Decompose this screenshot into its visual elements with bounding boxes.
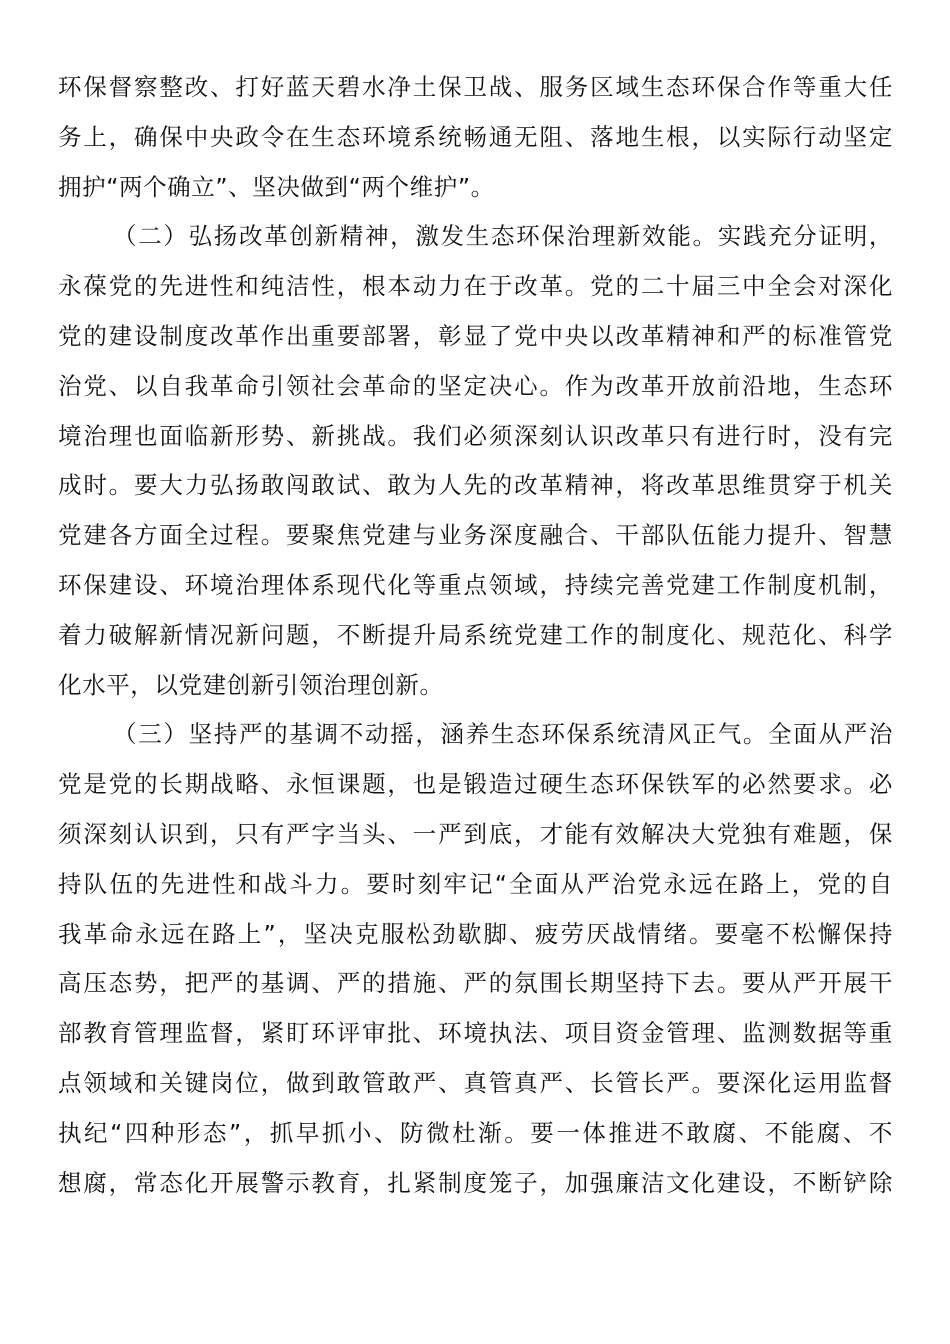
text-line: 党是党的长期战略、永恒课题，也是锻造过硬生态环保铁军的必然要求。必 xyxy=(58,760,893,810)
text-line: 持队伍的先进性和战斗力。要时刻牢记“全面从严治党永远在路上，党的自 xyxy=(58,860,893,910)
text-line: 境治理也面临新形势、新挑战。我们必须深刻认识改革只有进行时，没有完 xyxy=(58,412,893,462)
text-line: 化水平，以党建创新引领治理创新。 xyxy=(58,661,893,711)
text-line: 成时。要大力弘扬敢闯敢试、敢为人先的改革精神，将改革思维贯穿于机关 xyxy=(58,461,893,511)
section-heading-line: （二）弘扬改革创新精神，激发生态环保治理新效能。实践充分证明， xyxy=(58,212,893,262)
paragraph-section-3: （三）坚持严的基调不动摇，涵养生态环保系统清风正气。全面从严治 党是党的长期战略… xyxy=(58,710,893,1208)
text-line: 务上，确保中央政令在生态环境系统畅通无阻、落地生根，以实际行动坚定 xyxy=(58,113,893,163)
text-line: 高压态势，把严的基调、严的措施、严的氛围长期坚持下去。要从严开展干 xyxy=(58,959,893,1009)
section-heading-line: （三）坚持严的基调不动摇，涵养生态环保系统清风正气。全面从严治 xyxy=(58,710,893,760)
text-line: 须深刻认识到，只有严字当头、一严到底，才能有效解决大党独有难题，保 xyxy=(58,810,893,860)
text-line: 点领域和关键岗位，做到敢管敢严、真管真严、长管长严。要深化运用监督 xyxy=(58,1059,893,1109)
document-page: 环保督察整改、打好蓝天碧水净土保卫战、服务区域生态环保合作等重大任 务上，确保中… xyxy=(58,63,893,1208)
paragraph-continuation: 环保督察整改、打好蓝天碧水净土保卫战、服务区域生态环保合作等重大任 务上，确保中… xyxy=(58,63,893,212)
text-line: 拥护“两个确立”、坚决做到“两个维护”。 xyxy=(58,163,893,213)
text-line: 着力破解新情况新问题，不断提升局系统党建工作的制度化、规范化、科学 xyxy=(58,611,893,661)
text-line: 想腐，常态化开展警示教育，扎紧制度笼子，加强廉洁文化建设，不断铲除 xyxy=(58,1159,893,1209)
text-line: 执纪“四种形态”，抓早抓小、防微杜渐。要一体推进不敢腐、不能腐、不 xyxy=(58,1109,893,1159)
text-line: 我革命永远在路上”，坚决克服松劲歇脚、疲劳厌战情绪。要毫不松懈保持 xyxy=(58,910,893,960)
text-line: 环保建设、环境治理体系现代化等重点领域，持续完善党建工作制度机制， xyxy=(58,561,893,611)
paragraph-section-2: （二）弘扬改革创新精神，激发生态环保治理新效能。实践充分证明， 永葆党的先进性和… xyxy=(58,212,893,710)
text-line: 环保督察整改、打好蓝天碧水净土保卫战、服务区域生态环保合作等重大任 xyxy=(58,63,893,113)
text-line: 永葆党的先进性和纯洁性，根本动力在于改革。党的二十届三中全会对深化 xyxy=(58,262,893,312)
text-line: 治党、以自我革命引领社会革命的坚定决心。作为改革开放前沿地，生态环 xyxy=(58,362,893,412)
text-line: 部教育管理监督，紧盯环评审批、环境执法、项目资金管理、监测数据等重 xyxy=(58,1009,893,1059)
text-line: 党的建设制度改革作出重要部署，彰显了党中央以改革精神和严的标准管党 xyxy=(58,312,893,362)
text-line: 党建各方面全过程。要聚焦党建与业务深度融合、干部队伍能力提升、智慧 xyxy=(58,511,893,561)
